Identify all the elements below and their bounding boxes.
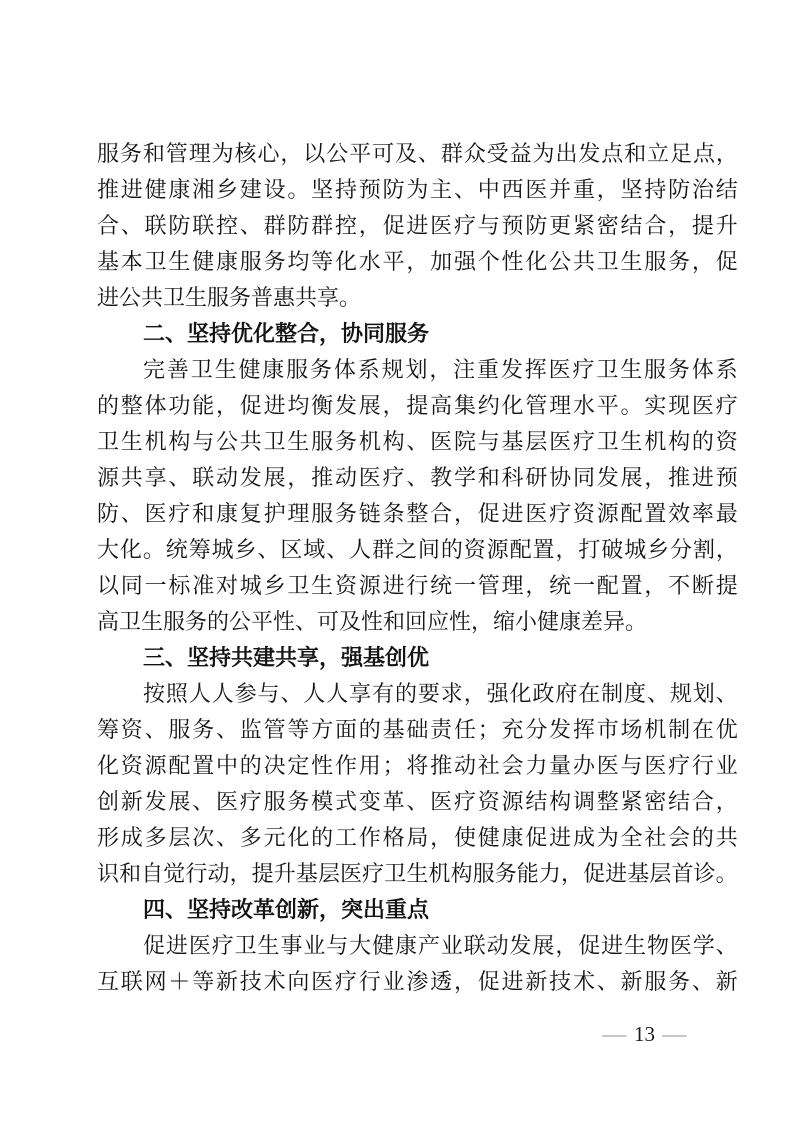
text-line: 服务和管理为核心，以公平可及、群众受益为出发点和立足点， <box>97 136 738 172</box>
text-line: 基本卫生健康服务均等化水平，加强个性化公共卫生服务，促 <box>97 244 738 280</box>
section-heading: 三、坚持共建共享，强基创优 <box>97 640 738 676</box>
document-body: 服务和管理为核心，以公平可及、群众受益为出发点和立足点，推进健康湘乡建设。坚持预… <box>97 136 738 1000</box>
text-line: 源共享、联动发展，推动医疗、教学和科研协同发展，推进预 <box>97 460 738 496</box>
text-line: 完善卫生健康服务体系规划，注重发挥医疗卫生服务体系 <box>97 352 738 388</box>
text-line: 推进健康湘乡建设。坚持预防为主、中西医并重，坚持防治结 <box>97 172 738 208</box>
text-line: 防、医疗和康复护理服务链条整合，促进医疗资源配置效率最 <box>97 496 738 532</box>
text-line: 卫生机构与公共卫生服务机构、医院与基层医疗卫生机构的资 <box>97 424 738 460</box>
text-line: 促进医疗卫生事业与大健康产业联动发展，促进生物医学、 <box>97 928 738 964</box>
footer-dash-right: — <box>662 1022 686 1047</box>
text-line: 高卫生服务的公平性、可及性和回应性，缩小健康差异。 <box>97 604 738 640</box>
section-heading: 四、坚持改革创新，突出重点 <box>97 892 738 928</box>
text-line: 识和自觉行动，提升基层医疗卫生机构服务能力，促进基层首诊。 <box>97 856 738 892</box>
text-line: 按照人人参与、人人享有的要求，强化政府在制度、规划、 <box>97 676 738 712</box>
text-line: 以同一标准对城乡卫生资源进行统一管理，统一配置，不断提 <box>97 568 738 604</box>
page-number: 13 <box>634 1022 655 1047</box>
text-line: 大化。统筹城乡、区域、人群之间的资源配置，打破城乡分割， <box>97 532 738 568</box>
text-line: 进公共卫生服务普惠共享。 <box>97 280 738 316</box>
text-line: 的整体功能，促进均衡发展，提高集约化管理水平。实现医疗 <box>97 388 738 424</box>
text-line: 筹资、服务、监管等方面的基础责任；充分发挥市场机制在优 <box>97 712 738 748</box>
text-line: 互联网＋等新技术向医疗行业渗透，促进新技术、新服务、新 <box>97 964 738 1000</box>
text-line: 形成多层次、多元化的工作格局，使健康促进成为全社会的共 <box>97 820 738 856</box>
text-line: 化资源配置中的决定性作用；将推动社会力量办医与医疗行业 <box>97 748 738 784</box>
page-footer: — 13 — <box>604 1021 685 1047</box>
footer-dash-left: — <box>602 1022 626 1047</box>
section-heading: 二、坚持优化整合，协同服务 <box>97 316 738 352</box>
text-line: 创新发展、医疗服务模式变革、医疗资源结构调整紧密结合， <box>97 784 738 820</box>
text-line: 合、联防联控、群防群控，促进医疗与预防更紧密结合，提升 <box>97 208 738 244</box>
document-page: 服务和管理为核心，以公平可及、群众受益为出发点和立足点，推进健康湘乡建设。坚持预… <box>0 0 793 1122</box>
